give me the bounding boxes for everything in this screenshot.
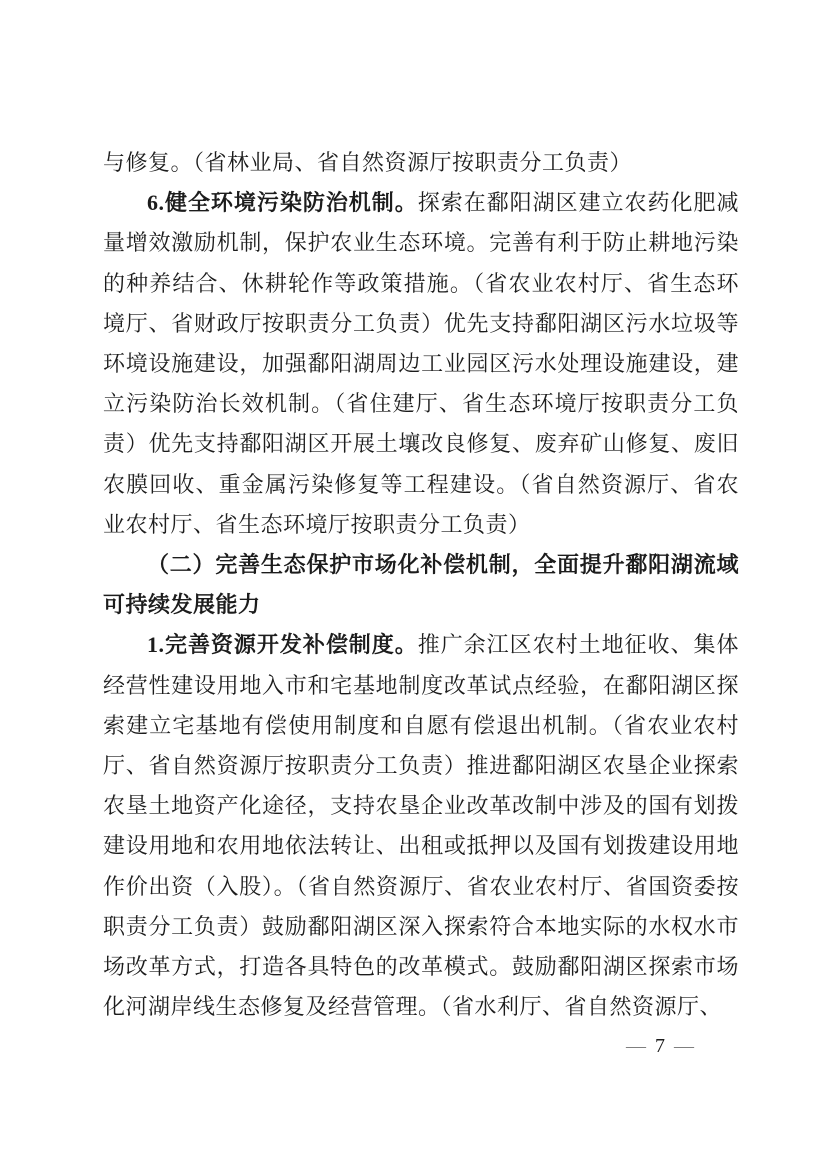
page-number: — 7 — xyxy=(626,1033,694,1059)
paragraph-lead-bold-run: 6.健全环境污染防治机制。 xyxy=(147,190,418,215)
paragraph: 6.健全环境污染防治机制。探索在鄱阳湖区建立农药化肥减量增效激励机制，保护农业生… xyxy=(103,183,739,545)
section-heading: （二）完善生态保护市场化补偿机制，全面提升鄱阳湖流域可持续发展能力 xyxy=(103,545,739,625)
document-body: 与修复。（省林业局、省自然资源厅按职责分工负责）6.健全环境污染防治机制。探索在… xyxy=(103,143,739,1027)
paragraph-text-run: 与修复。（省林业局、省自然资源厅按职责分工负责） xyxy=(103,150,632,175)
page-number-value: 7 xyxy=(655,1033,665,1059)
paragraph-lead-bold-run: （二）完善生态保护市场化补偿机制，全面提升鄱阳湖流域可持续发展能力 xyxy=(103,552,739,617)
paragraph-text-run: 推广余江区农村土地征收、集体经营性建设用地入市和宅基地制度改革试点经验，在鄱阳湖… xyxy=(103,632,739,1019)
page-number-dash-left: — xyxy=(626,1033,646,1059)
paragraph: 1.完善资源开发补偿制度。推广余江区农村土地征收、集体经营性建设用地入市和宅基地… xyxy=(103,625,739,1027)
paragraph: 与修复。（省林业局、省自然资源厅按职责分工负责） xyxy=(103,143,739,183)
page-number-dash-right: — xyxy=(674,1033,694,1059)
paragraph-lead-bold-run: 1.完善资源开发补偿制度。 xyxy=(147,632,418,657)
paragraph-text-run: 探索在鄱阳湖区建立农药化肥减量增效激励机制，保护农业生态环境。完善有利于防止耕地… xyxy=(103,190,739,537)
